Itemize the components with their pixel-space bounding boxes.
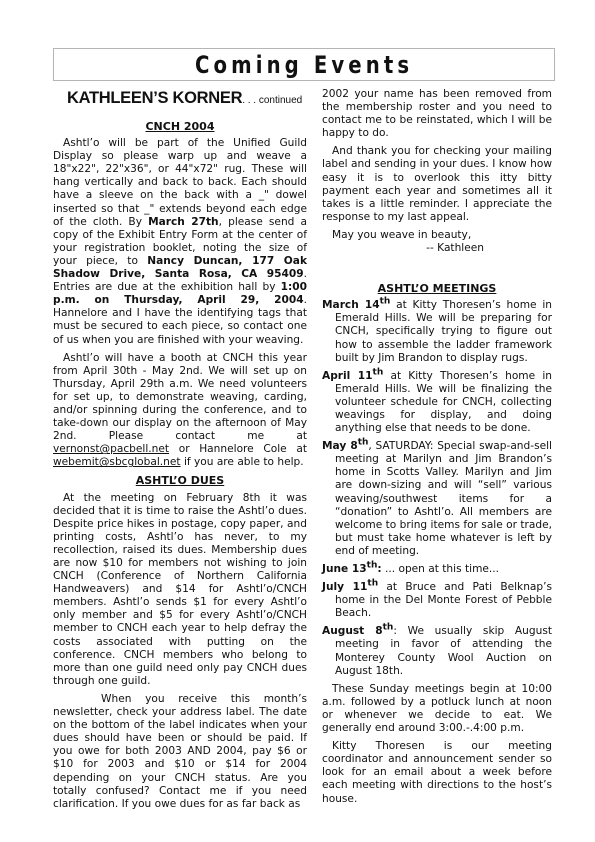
meeting-date-suffix: th bbox=[367, 560, 378, 570]
meeting-date: August 8 bbox=[322, 625, 383, 637]
meeting-item: March 14th at Kitty Thoresen’s home in E… bbox=[322, 299, 552, 364]
cnch-paragraph-2: Ashtl’o will have a booth at CNCH this y… bbox=[53, 352, 307, 470]
meeting-date-suffix: th bbox=[367, 579, 378, 589]
meeting-item: April 11th at Kitty Thoresen’s home in E… bbox=[322, 370, 552, 435]
meeting-date: May 8 bbox=[322, 440, 358, 452]
deadline-date: March 27th bbox=[148, 216, 219, 228]
dues-paragraph-1: At the meeting on February 8th it was de… bbox=[53, 492, 307, 688]
right-column: 2002 your name has been removed from the… bbox=[322, 88, 552, 811]
signature: -- Kathleen bbox=[322, 242, 552, 255]
meeting-item: June 13th: ... open at this time... bbox=[322, 563, 552, 576]
page-title-box: Coming Events bbox=[53, 48, 555, 81]
meeting-date: April 11 bbox=[322, 370, 373, 382]
left-column: KATHLEEN’S KORNER. . . continued CNCH 20… bbox=[53, 88, 307, 816]
dues-continued-paragraph: 2002 your name has been removed from the… bbox=[322, 88, 552, 140]
meeting-description: , SATURDAY: Special swap-and-sell meetin… bbox=[335, 440, 552, 557]
meetings-list: March 14th at Kitty Thoresen’s home in E… bbox=[322, 299, 552, 678]
text: Ashtl’o will be part of the Unified Guil… bbox=[53, 137, 307, 228]
korner-heading: KATHLEEN’S KORNER. . . continued bbox=[67, 88, 307, 111]
email-link-webemit[interactable]: webemit@sbcglobal.net bbox=[53, 456, 181, 468]
meeting-date-suffix: th bbox=[358, 438, 369, 448]
meeting-item: August 8th: We usually skip August meeti… bbox=[322, 625, 552, 677]
text: if you are able to help. bbox=[181, 456, 304, 468]
sunday-meetings-paragraph: These Sunday meetings begin at 10:00 a.m… bbox=[322, 683, 552, 735]
cnch-paragraph-1: Ashtl’o will be part of the Unified Guil… bbox=[53, 137, 307, 347]
text: Ashtl’o will have a booth at CNCH this y… bbox=[53, 352, 307, 443]
cnch-heading: CNCH 2004 bbox=[53, 120, 307, 133]
coordinator-paragraph: Kitty Thoresen is our meeting coordinato… bbox=[322, 740, 552, 805]
meeting-date: July 11 bbox=[322, 581, 367, 593]
meeting-item: July 11th at Bruce and Pati Belknap’s ho… bbox=[322, 581, 552, 620]
meetings-heading: ASHTL’O MEETINGS bbox=[322, 282, 552, 295]
dues-paragraph-2: When you receive this month’s newsletter… bbox=[53, 693, 307, 811]
meeting-item: May 8th, SATURDAY: Special swap-and-sell… bbox=[322, 440, 552, 558]
korner-title: KATHLEEN’S KORNER bbox=[67, 89, 242, 107]
meeting-date: June 13 bbox=[322, 563, 367, 575]
dues-heading: ASHTL’O DUES bbox=[53, 474, 307, 487]
meeting-date-suffix: th bbox=[380, 297, 391, 307]
korner-continued: . . . continued bbox=[242, 95, 302, 106]
closing-line: May you weave in beauty, bbox=[322, 229, 552, 242]
meeting-date: March 14 bbox=[322, 299, 380, 311]
thanks-paragraph: And thank you for checking your mailing … bbox=[322, 145, 552, 224]
page-title: Coming Events bbox=[195, 51, 413, 79]
email-link-vernonst[interactable]: vernonst@pacbell.net bbox=[53, 443, 169, 455]
meeting-date-suffix: th bbox=[383, 623, 394, 633]
meeting-date-suffix: th bbox=[373, 367, 384, 377]
meeting-description: ... open at this time... bbox=[382, 563, 499, 575]
text: or Hannelore Cole at bbox=[169, 443, 307, 455]
